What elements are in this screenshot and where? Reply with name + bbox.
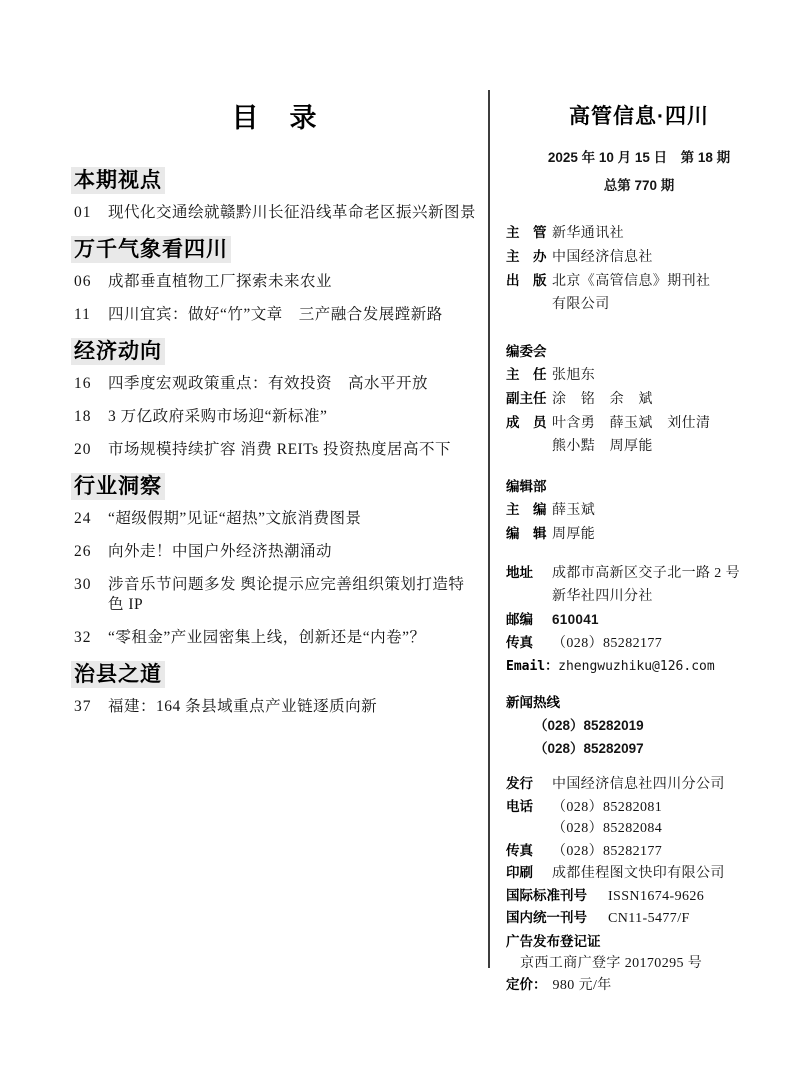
email-label: Email： xyxy=(506,655,558,678)
editor-value: 周厚能 xyxy=(552,523,595,546)
toc-item-title: 现代化交通绘就赣黔川长征沿线革命老区振兴新图景 xyxy=(108,203,476,223)
address-row-cont: 新华社四川分社 xyxy=(506,585,772,608)
address-value-line2: 新华社四川分社 xyxy=(552,585,653,608)
email-row: Email： zhengwuzhiku@126.com xyxy=(506,655,772,678)
ad-license-value: 京西工商广登字 20170295 号 xyxy=(506,953,772,975)
fax-row: 传真 （028）85282177 xyxy=(506,631,772,655)
toc-section: 经济动向 xyxy=(74,338,476,365)
toc-item: 20 市场规模持续扩容 消费 REITs 投资热度居高不下 xyxy=(74,440,476,460)
toc-item-title: “零租金”产业园密集上线，创新还是“内卷”？ xyxy=(108,628,476,648)
postcode-row: 邮编 610041 xyxy=(506,608,772,631)
masthead-issue-number: 总第 770 期 xyxy=(506,174,772,194)
address-value: 成都市高新区交子北一路 2 号 xyxy=(552,562,740,585)
distribution-block: 发行 中国经济信息社四川分公司 电话 （028）85282081 （028）85… xyxy=(506,773,772,997)
fax-value: （028）85282177 xyxy=(552,632,662,655)
toc-item-title: 3 万亿政府采购市场迎“新标准” xyxy=(108,407,476,427)
organizer-value: 中国经济信息社 xyxy=(552,246,653,269)
publisher-value: 北京《高管信息》期刊社 xyxy=(552,270,710,293)
address-label: 地址 xyxy=(506,561,552,584)
director-value: 张旭东 xyxy=(552,364,595,387)
issn-row: 国际标准刊号 ISSN1674-9626 xyxy=(506,885,772,908)
toc-item: 18 3 万亿政府采购市场迎“新标准” xyxy=(74,407,476,427)
fax-label: 传真 xyxy=(506,631,552,654)
toc-section-header: 万千气象看四川 xyxy=(71,236,231,263)
publisher-row-cont: 有限公司 xyxy=(506,293,772,316)
price-label: 定价： xyxy=(506,974,547,996)
dist-fax-label: 传真 xyxy=(506,840,552,862)
issuer-value: 中国经济信息社四川分公司 xyxy=(552,774,725,796)
toc-item-page-number: 32 xyxy=(74,628,108,648)
ad-license-label: 广告发布登记证 xyxy=(506,930,772,953)
toc-section-header: 本期视点 xyxy=(71,167,165,194)
members-value-line2: 熊小黠 周厚能 xyxy=(552,435,653,458)
toc-item-page-number: 37 xyxy=(74,697,108,717)
dist-fax-row: 传真 （028）85282177 xyxy=(506,840,772,863)
toc-item-title: 成都垂直植物工厂探索未来农业 xyxy=(108,272,476,292)
editor-row: 编 辑 周厚能 xyxy=(506,522,772,546)
toc-item-page-number: 20 xyxy=(74,440,108,460)
hotline-number: （028）85282019 xyxy=(506,714,772,737)
toc-section-header: 治县之道 xyxy=(71,661,165,688)
toc-item-page-number: 06 xyxy=(74,272,108,292)
magazine-toc-page: 目 录 本期视点 01 现代化交通绘就赣黔川长征沿线革命老区振兴新图景 万千气象… xyxy=(0,0,800,1086)
supervisor-row: 主 管 新华通讯社 xyxy=(506,221,772,245)
toc-section-header: 经济动向 xyxy=(71,338,165,365)
toc-item-page-number: 16 xyxy=(74,374,108,394)
toc-item: 26 向外走！中国户外经济热潮涌动 xyxy=(74,542,476,562)
toc-item-page-number: 01 xyxy=(74,203,108,223)
members-label: 成 员 xyxy=(506,411,552,434)
price-value: 980 元/年 xyxy=(553,975,612,997)
organizer-row: 主 办 中国经济信息社 xyxy=(506,245,772,269)
toc-section: 本期视点 xyxy=(74,167,476,194)
toc-item-page-number: 26 xyxy=(74,542,108,562)
deputy-director-row: 副主任 涂 铭 余 斌 xyxy=(506,387,772,411)
dist-fax-value: （028）85282177 xyxy=(552,841,662,863)
toc-item-title: “超级假期”见证“超热”文旅消费图景 xyxy=(108,509,476,529)
editorial-board-block: 编委会 主 任 张旭东 副主任 涂 铭 余 斌 成 员 叶含勇 薛玉斌 刘仕清 … xyxy=(506,340,772,458)
phone-label: 电话 xyxy=(506,796,552,818)
email-value: zhengwuzhiku@126.com xyxy=(558,655,715,678)
toc-item: 06 成都垂直植物工厂探索未来农业 xyxy=(74,272,476,292)
masthead-date: 2025 年 10 月 15 日 第 18 期 xyxy=(506,146,772,166)
toc-item-page-number: 24 xyxy=(74,509,108,529)
toc-title: 目 录 xyxy=(74,96,476,135)
publisher-row: 出 版 北京《高管信息》期刊社 xyxy=(506,269,772,293)
issn-value: ISSN1674-9626 xyxy=(608,886,704,908)
toc-item-title: 涉音乐节问题多发 舆论提示应完善组织策划打造特色 IP xyxy=(108,575,476,615)
members-value: 叶含勇 薛玉斌 刘仕清 xyxy=(552,412,710,435)
phone-row: 电话 （028）85282081 xyxy=(506,796,772,819)
toc-item-title: 四川宜宾：做好“竹”文章 三产融合发展蹚新路 xyxy=(108,305,476,325)
members-row-cont: 熊小黠 周厚能 xyxy=(506,435,772,458)
supervisor-value: 新华通讯社 xyxy=(552,222,624,245)
supervisor-label: 主 管 xyxy=(506,221,552,244)
masthead-title: 高管信息·四川 xyxy=(506,100,772,130)
phone-value-line2: （028）85282084 xyxy=(552,818,662,840)
printer-value: 成都佳程图文快印有限公司 xyxy=(552,863,725,885)
toc-item-title: 向外走！中国户外经济热潮涌动 xyxy=(108,542,476,562)
toc-item-title: 市场规模持续扩容 消费 REITs 投资热度居高不下 xyxy=(108,440,476,460)
director-label: 主 任 xyxy=(506,363,552,386)
issuer-label: 发行 xyxy=(506,773,552,795)
editor-label: 编 辑 xyxy=(506,522,552,545)
chief-editor-label: 主 编 xyxy=(506,498,552,521)
editorial-dept-block: 编辑部 主 编 薛玉斌 编 辑 周厚能 xyxy=(506,475,772,546)
toc-column: 目 录 本期视点 01 现代化交通绘就赣黔川长征沿线革命老区振兴新图景 万千气象… xyxy=(74,96,476,730)
phone-row-cont: （028）85282084 xyxy=(506,818,772,840)
postcode-label: 邮编 xyxy=(506,608,552,631)
news-hotline-block: 新闻热线 （028）85282019 （028）85282097 xyxy=(506,691,772,760)
toc-item: 30 涉音乐节问题多发 舆论提示应完善组织策划打造特色 IP xyxy=(74,575,476,615)
editorial-board-heading: 编委会 xyxy=(506,340,772,363)
deputy-director-label: 副主任 xyxy=(506,387,552,410)
phone-value: （028）85282081 xyxy=(552,797,662,819)
cn-number-value: CN11-5477/F xyxy=(608,908,690,930)
toc-item: 37 福建：164 条县域重点产业链逐质向新 xyxy=(74,697,476,717)
issn-label: 国际标准刊号 xyxy=(506,885,608,907)
toc-item: 16 四季度宏观政策重点：有效投资 高水平开放 xyxy=(74,374,476,394)
publisher-label: 出 版 xyxy=(506,269,552,292)
director-row: 主 任 张旭东 xyxy=(506,363,772,387)
chief-editor-row: 主 编 薛玉斌 xyxy=(506,498,772,522)
colophon-column: 高管信息·四川 2025 年 10 月 15 日 第 18 期 总第 770 期… xyxy=(506,100,772,997)
printer-label: 印刷 xyxy=(506,862,552,884)
toc-item-title: 福建：164 条县域重点产业链逐质向新 xyxy=(108,697,476,717)
toc-section: 万千气象看四川 xyxy=(74,236,476,263)
toc-item: 24 “超级假期”见证“超热”文旅消费图景 xyxy=(74,509,476,529)
toc-section: 治县之道 xyxy=(74,661,476,688)
cn-number-row: 国内统一刊号 CN11-5477/F xyxy=(506,907,772,930)
toc-section: 行业洞察 xyxy=(74,473,476,500)
deputy-director-value: 涂 铭 余 斌 xyxy=(552,388,653,411)
toc-item-page-number: 30 xyxy=(74,575,108,615)
toc-section-header: 行业洞察 xyxy=(71,473,165,500)
postcode-value: 610041 xyxy=(552,608,599,631)
publisher-block: 主 管 新华通讯社 主 办 中国经济信息社 出 版 北京《高管信息》期刊社 有限… xyxy=(506,221,772,316)
publisher-value-line2: 有限公司 xyxy=(552,293,610,316)
price-row: 定价： 980 元/年 xyxy=(506,974,772,997)
editorial-dept-heading: 编辑部 xyxy=(506,475,772,498)
toc-item-page-number: 11 xyxy=(74,305,108,325)
cn-number-label: 国内统一刊号 xyxy=(506,907,608,929)
news-hotline-heading: 新闻热线 xyxy=(506,691,772,714)
address-row: 地址 成都市高新区交子北一路 2 号 xyxy=(506,561,772,585)
chief-editor-value: 薛玉斌 xyxy=(552,499,595,522)
printer-row: 印刷 成都佳程图文快印有限公司 xyxy=(506,862,772,885)
hotline-number: （028）85282097 xyxy=(506,737,772,760)
organizer-label: 主 办 xyxy=(506,245,552,268)
contact-block: 地址 成都市高新区交子北一路 2 号 新华社四川分社 邮编 610041 传真 … xyxy=(506,561,772,678)
toc-item: 32 “零租金”产业园密集上线，创新还是“内卷”？ xyxy=(74,628,476,648)
issuer-row: 发行 中国经济信息社四川分公司 xyxy=(506,773,772,796)
toc-item-title: 四季度宏观政策重点：有效投资 高水平开放 xyxy=(108,374,476,394)
toc-item-page-number: 18 xyxy=(74,407,108,427)
toc-item: 01 现代化交通绘就赣黔川长征沿线革命老区振兴新图景 xyxy=(74,203,476,223)
column-divider xyxy=(488,90,490,968)
toc-item: 11 四川宜宾：做好“竹”文章 三产融合发展蹚新路 xyxy=(74,305,476,325)
members-row: 成 员 叶含勇 薛玉斌 刘仕清 xyxy=(506,411,772,435)
